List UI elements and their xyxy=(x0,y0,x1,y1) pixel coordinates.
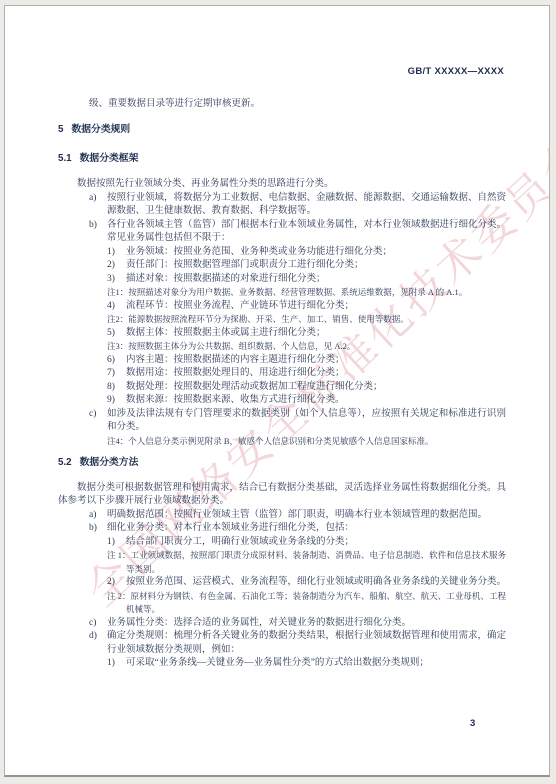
list-item-text: 数据主体：按照数据主体或属主进行细化分类； xyxy=(126,327,506,341)
list-item-text: 数据处理：按照数据处理活动或数据加工程度进行细化分类； xyxy=(126,381,506,395)
list-item-text: 业务属性分类：选择合适的业务属性，对关键业务的数据进行细化分类。 xyxy=(107,617,506,631)
list-item: 1)业务领域：按照业务范围、业务种类或业务功能进行细化分类； xyxy=(107,246,506,260)
note: 注 2：原材料分为钢铁、有色金属、石油化工等；装备制造分为汽车、船舶、航空、航天… xyxy=(107,590,506,617)
list-item-text: 业务领域：按照业务范围、业务种类或业务功能进行细化分类； xyxy=(126,246,506,260)
list-item-text: 责任部门：按照数据管理部门或职责分工进行细化分类； xyxy=(126,259,506,273)
list-item: c)如涉及法律法规有专门管理要求的数据类别（如个人信息等），应按照有关规定和标准… xyxy=(89,408,506,435)
list-marker: 1) xyxy=(107,536,126,550)
section-title: 数据分类方法 xyxy=(80,457,139,468)
list-marker: 4) xyxy=(107,300,126,314)
list-item: 2)责任部门：按照数据管理部门或职责分工进行细化分类； xyxy=(107,259,506,273)
list-item-text: 按照行业领域，将数据分为工业数据、电信数据、金融数据、能源数据、交通运输数据、自… xyxy=(107,192,506,219)
list-item: 8)数据处理：按照数据处理活动或数据加工程度进行细化分类； xyxy=(107,381,506,395)
document-body: 级、重要数据目录等进行定期审核更新。5数据分类规则5.1数据分类框架数据按照先行… xyxy=(58,98,506,671)
list-marker: 7) xyxy=(107,367,126,381)
list-item: b)各行业各领域主管（监管）部门根据本行业本领域业务属性，对本行业领域数据进行细… xyxy=(89,219,506,246)
note: 注 1：工业领域数据，按照部门职责分成原材料、装备制造、消费品、电子信息制造、软… xyxy=(107,549,506,576)
list-item-text: 流程环节：按照业务流程、产业链环节进行细化分类； xyxy=(126,300,506,314)
list-item-text: 内容主题：按照数据描述的内容主题进行细化分类； xyxy=(126,354,506,368)
list-item-text: 如涉及法律法规有专门管理要求的数据类别（如个人信息等），应按照有关规定和标准进行… xyxy=(107,408,506,435)
section-number: 5 xyxy=(58,124,63,135)
list-item: a)按照行业领域，将数据分为工业数据、电信数据、金融数据、能源数据、交通运输数据… xyxy=(89,192,506,219)
list-item: 1)可采取“业务条线—关键业务—业务属性分类”的方式给出数据分类规则； xyxy=(107,657,506,671)
list-item-text: 细化业务分类：对本行业本领域业务进行细化分类，包括： xyxy=(107,522,506,536)
note: 注1：按照描述对象分为用户数据、业务数据、经营管理数据、系统运维数据，见附录 A… xyxy=(107,286,506,300)
list-item: 7)数据用途：按照数据处理目的、用途进行细化分类； xyxy=(107,367,506,381)
list-item-text: 各行业各领域主管（监管）部门根据本行业本领域业务属性，对本行业领域数据进行细化分… xyxy=(107,219,506,246)
list-marker: 5) xyxy=(107,327,126,341)
section-number: 5.1 xyxy=(58,153,72,164)
list-item-text: 数据用途：按照数据处理目的、用途进行细化分类； xyxy=(126,367,506,381)
list-item-text: 明确数据范围：按照行业领域主管（监管）部门职责，明确本行业本领域管理的数据范围。 xyxy=(107,509,506,523)
note: 注4：个人信息分类示例见附录 B，敏感个人信息识别和分类见敏感个人信息国家标准。 xyxy=(107,435,506,449)
list-item-text: 结合部门职责分工，明确行业领域或业务条线的分类； xyxy=(126,536,506,550)
list-item-text: 描述对象：按照数据描述的对象进行细化分类； xyxy=(126,273,506,287)
list-marker: c) xyxy=(89,617,107,631)
list-marker: d) xyxy=(89,630,107,657)
list-marker: 1) xyxy=(107,657,126,671)
list-item: 1)结合部门职责分工，明确行业领域或业务条线的分类； xyxy=(107,536,506,550)
section-title: 数据分类框架 xyxy=(80,153,139,164)
list-marker: 6) xyxy=(107,354,126,368)
list-item: 4)流程环节：按照业务流程、产业链环节进行细化分类； xyxy=(107,300,506,314)
list-marker: 2) xyxy=(107,259,126,273)
list-item-text: 数据来源：按照数据来源、收集方式进行细化分类。 xyxy=(126,394,506,408)
list-marker: 3) xyxy=(107,273,126,287)
paragraph: 数据分类可根据数据管理和使用需求，结合已有数据分类基础，灵活选择业务属性将数据细… xyxy=(58,482,506,509)
list-item: 9)数据来源：按照数据来源、收集方式进行细化分类。 xyxy=(107,394,506,408)
list-item: 2)按照业务范围、运营模式、业务流程等，细化行业领域或明确各业务条线的关键业务分… xyxy=(107,576,506,590)
document-page: GB/T XXXXX—XXXX 全国网络安全标准化技术委员会 级、重要数据目录等… xyxy=(4,5,550,777)
list-marker: b) xyxy=(89,219,107,246)
list-item: a)明确数据范围：按照行业领域主管（监管）部门职责，明确本行业本领域管理的数据范… xyxy=(89,509,506,523)
list-marker: 1) xyxy=(107,246,126,260)
list-item-text: 确定分类规则：梳理分析各关键业务的数据分类结果，根据行业领域数据管理和使用需求，… xyxy=(107,630,506,657)
section-title: 数据分类规则 xyxy=(71,124,130,135)
list-marker: a) xyxy=(89,192,107,219)
standard-number: GB/T XXXXX—XXXX xyxy=(408,66,504,77)
list-marker: a) xyxy=(89,509,107,523)
list-item: 5)数据主体：按照数据主体或属主进行细化分类； xyxy=(107,327,506,341)
list-item: b)细化业务分类：对本行业本领域业务进行细化分类，包括： xyxy=(89,522,506,536)
note: 注3：按照数据主体分为公共数据、组织数据、个人信息，见 A.2。 xyxy=(107,340,506,354)
list-marker: 8) xyxy=(107,381,126,395)
paragraph: 级、重要数据目录等进行定期审核更新。 xyxy=(89,98,506,112)
list-item: d)确定分类规则：梳理分析各关键业务的数据分类结果，根据行业领域数据管理和使用需… xyxy=(89,630,506,657)
paragraph: 数据按照先行业领域分类、再业务属性分类的思路进行分类。 xyxy=(58,178,506,192)
page-number: 3 xyxy=(470,718,475,729)
section-heading: 5.1数据分类框架 xyxy=(58,152,506,166)
section-heading: 5.2数据分类方法 xyxy=(58,456,506,470)
list-item-text: 可采取“业务条线—关键业务—业务属性分类”的方式给出数据分类规则； xyxy=(126,657,506,671)
list-marker: 2) xyxy=(107,576,126,590)
list-marker: 9) xyxy=(107,394,126,408)
list-item: 6)内容主题：按照数据描述的内容主题进行细化分类； xyxy=(107,354,506,368)
list-item: c)业务属性分类：选择合适的业务属性，对关键业务的数据进行细化分类。 xyxy=(89,617,506,631)
section-heading: 5数据分类规则 xyxy=(58,123,506,137)
section-number: 5.2 xyxy=(58,457,72,468)
list-marker: b) xyxy=(89,522,107,536)
note: 注2：能源数据按照流程环节分为探勘、开采、生产、加工、销售、使用等数据。 xyxy=(107,313,506,327)
list-item-text: 按照业务范围、运营模式、业务流程等，细化行业领域或明确各业务条线的关键业务分类。 xyxy=(126,576,506,590)
list-item: 3)描述对象：按照数据描述的对象进行细化分类； xyxy=(107,273,506,287)
list-marker: c) xyxy=(89,408,107,435)
